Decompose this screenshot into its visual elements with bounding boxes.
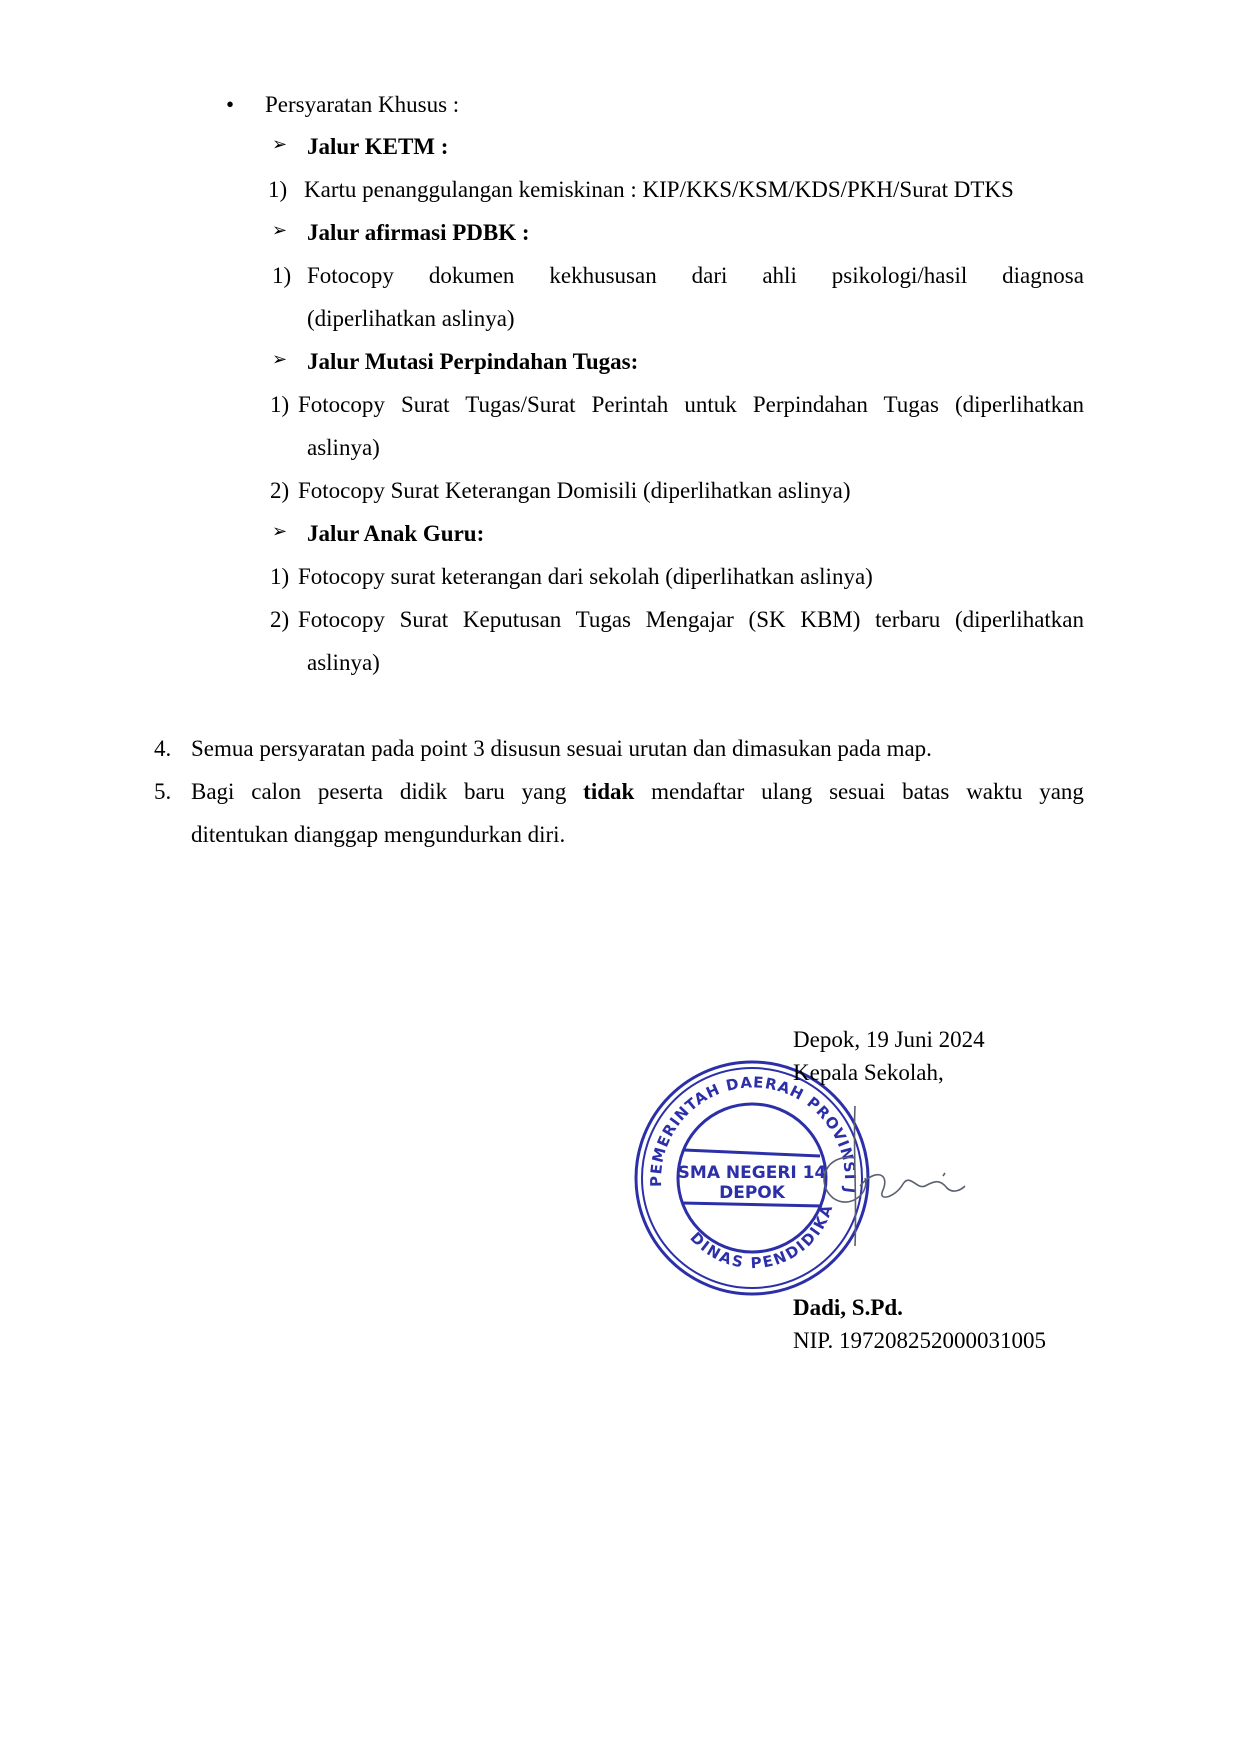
point-text: Semua persyaratan pada point 3 disusun s…	[191, 736, 932, 762]
svg-text:DEPOK: DEPOK	[719, 1183, 786, 1203]
word: yang	[522, 779, 567, 805]
svg-text:SMA NEGERI 14: SMA NEGERI 14	[678, 1163, 827, 1183]
word: peserta	[318, 779, 383, 805]
list-item-text-continued: (diperlihatkan aslinya)	[307, 306, 515, 332]
section-title-anak-guru: Jalur Anak Guru:	[307, 521, 484, 547]
word: Bagi	[191, 779, 234, 805]
point-text-continued: ditentukan dianggap mengundurkan diri.	[191, 822, 565, 848]
list-item-text-continued: aslinya)	[307, 435, 380, 461]
list-item-number: 2)	[270, 478, 289, 504]
section-title-pdbk: Jalur afirmasi PDBK :	[307, 220, 530, 246]
list-item-number: 1)	[268, 177, 287, 203]
point-number: 5.	[154, 779, 171, 805]
list-item-number: 1)	[270, 392, 289, 418]
word: sesuai	[829, 779, 885, 805]
word: calon	[251, 779, 301, 805]
section-title-mutasi: Jalur Mutasi Perpindahan Tugas:	[307, 349, 638, 375]
word: ulang	[761, 779, 812, 805]
word: batas	[902, 779, 949, 805]
list-item-text: Fotocopy Surat Keterangan Domisili (dipe…	[298, 478, 851, 504]
word: mendaftar	[651, 779, 744, 805]
word: psikologi/hasil	[832, 263, 967, 289]
position-title: Kepala Sekolah,	[793, 1060, 944, 1086]
list-item-text: Fotocopy surat keterangan dari sekolah (…	[298, 564, 873, 590]
word: diagnosa	[1002, 263, 1084, 289]
point-text-justified: Bagicalonpesertadidikbaruyangtidakmendaf…	[191, 779, 1084, 805]
arrow-icon: ➢	[272, 521, 287, 542]
word: dokumen	[429, 263, 515, 289]
list-item-text: Fotocopy Surat Tugas/Surat Perintah untu…	[298, 392, 1084, 418]
list-item-text: Kartu penanggulangan kemiskinan : KIP/KK…	[304, 177, 1014, 203]
word: Fotocopy	[307, 263, 394, 289]
arrow-icon: ➢	[272, 134, 287, 155]
signature	[815, 1098, 985, 1258]
list-item-text-justified: Fotocopydokumenkekhususandariahlipsikolo…	[307, 263, 1084, 289]
point-number: 4.	[154, 736, 171, 762]
arrow-icon: ➢	[272, 349, 287, 370]
bullet-icon: •	[226, 92, 234, 118]
word: kekhususan	[549, 263, 656, 289]
list-item-number: 1)	[272, 263, 291, 289]
list-item-number: 1)	[270, 564, 289, 590]
place-date: Depok, 19 Juni 2024	[793, 1027, 985, 1053]
special-requirements-heading: Persyaratan Khusus :	[265, 92, 459, 118]
word: didik	[400, 779, 447, 805]
emphasis-word: tidak	[583, 779, 634, 805]
word: ahli	[762, 263, 797, 289]
signatory-nip: NIP. 197208252000031005	[793, 1328, 1046, 1354]
arrow-icon: ➢	[272, 220, 287, 241]
word: waktu	[966, 779, 1022, 805]
word: yang	[1039, 779, 1084, 805]
list-item-text-continued: aslinya)	[307, 650, 380, 676]
list-item-number: 2)	[270, 607, 289, 633]
signatory-name: Dadi, S.Pd.	[793, 1295, 903, 1321]
section-title-ketm: Jalur KETM :	[307, 134, 448, 160]
word: baru	[464, 779, 505, 805]
word: dari	[692, 263, 728, 289]
list-item-text: Fotocopy Surat Keputusan Tugas Mengajar …	[298, 607, 1084, 633]
